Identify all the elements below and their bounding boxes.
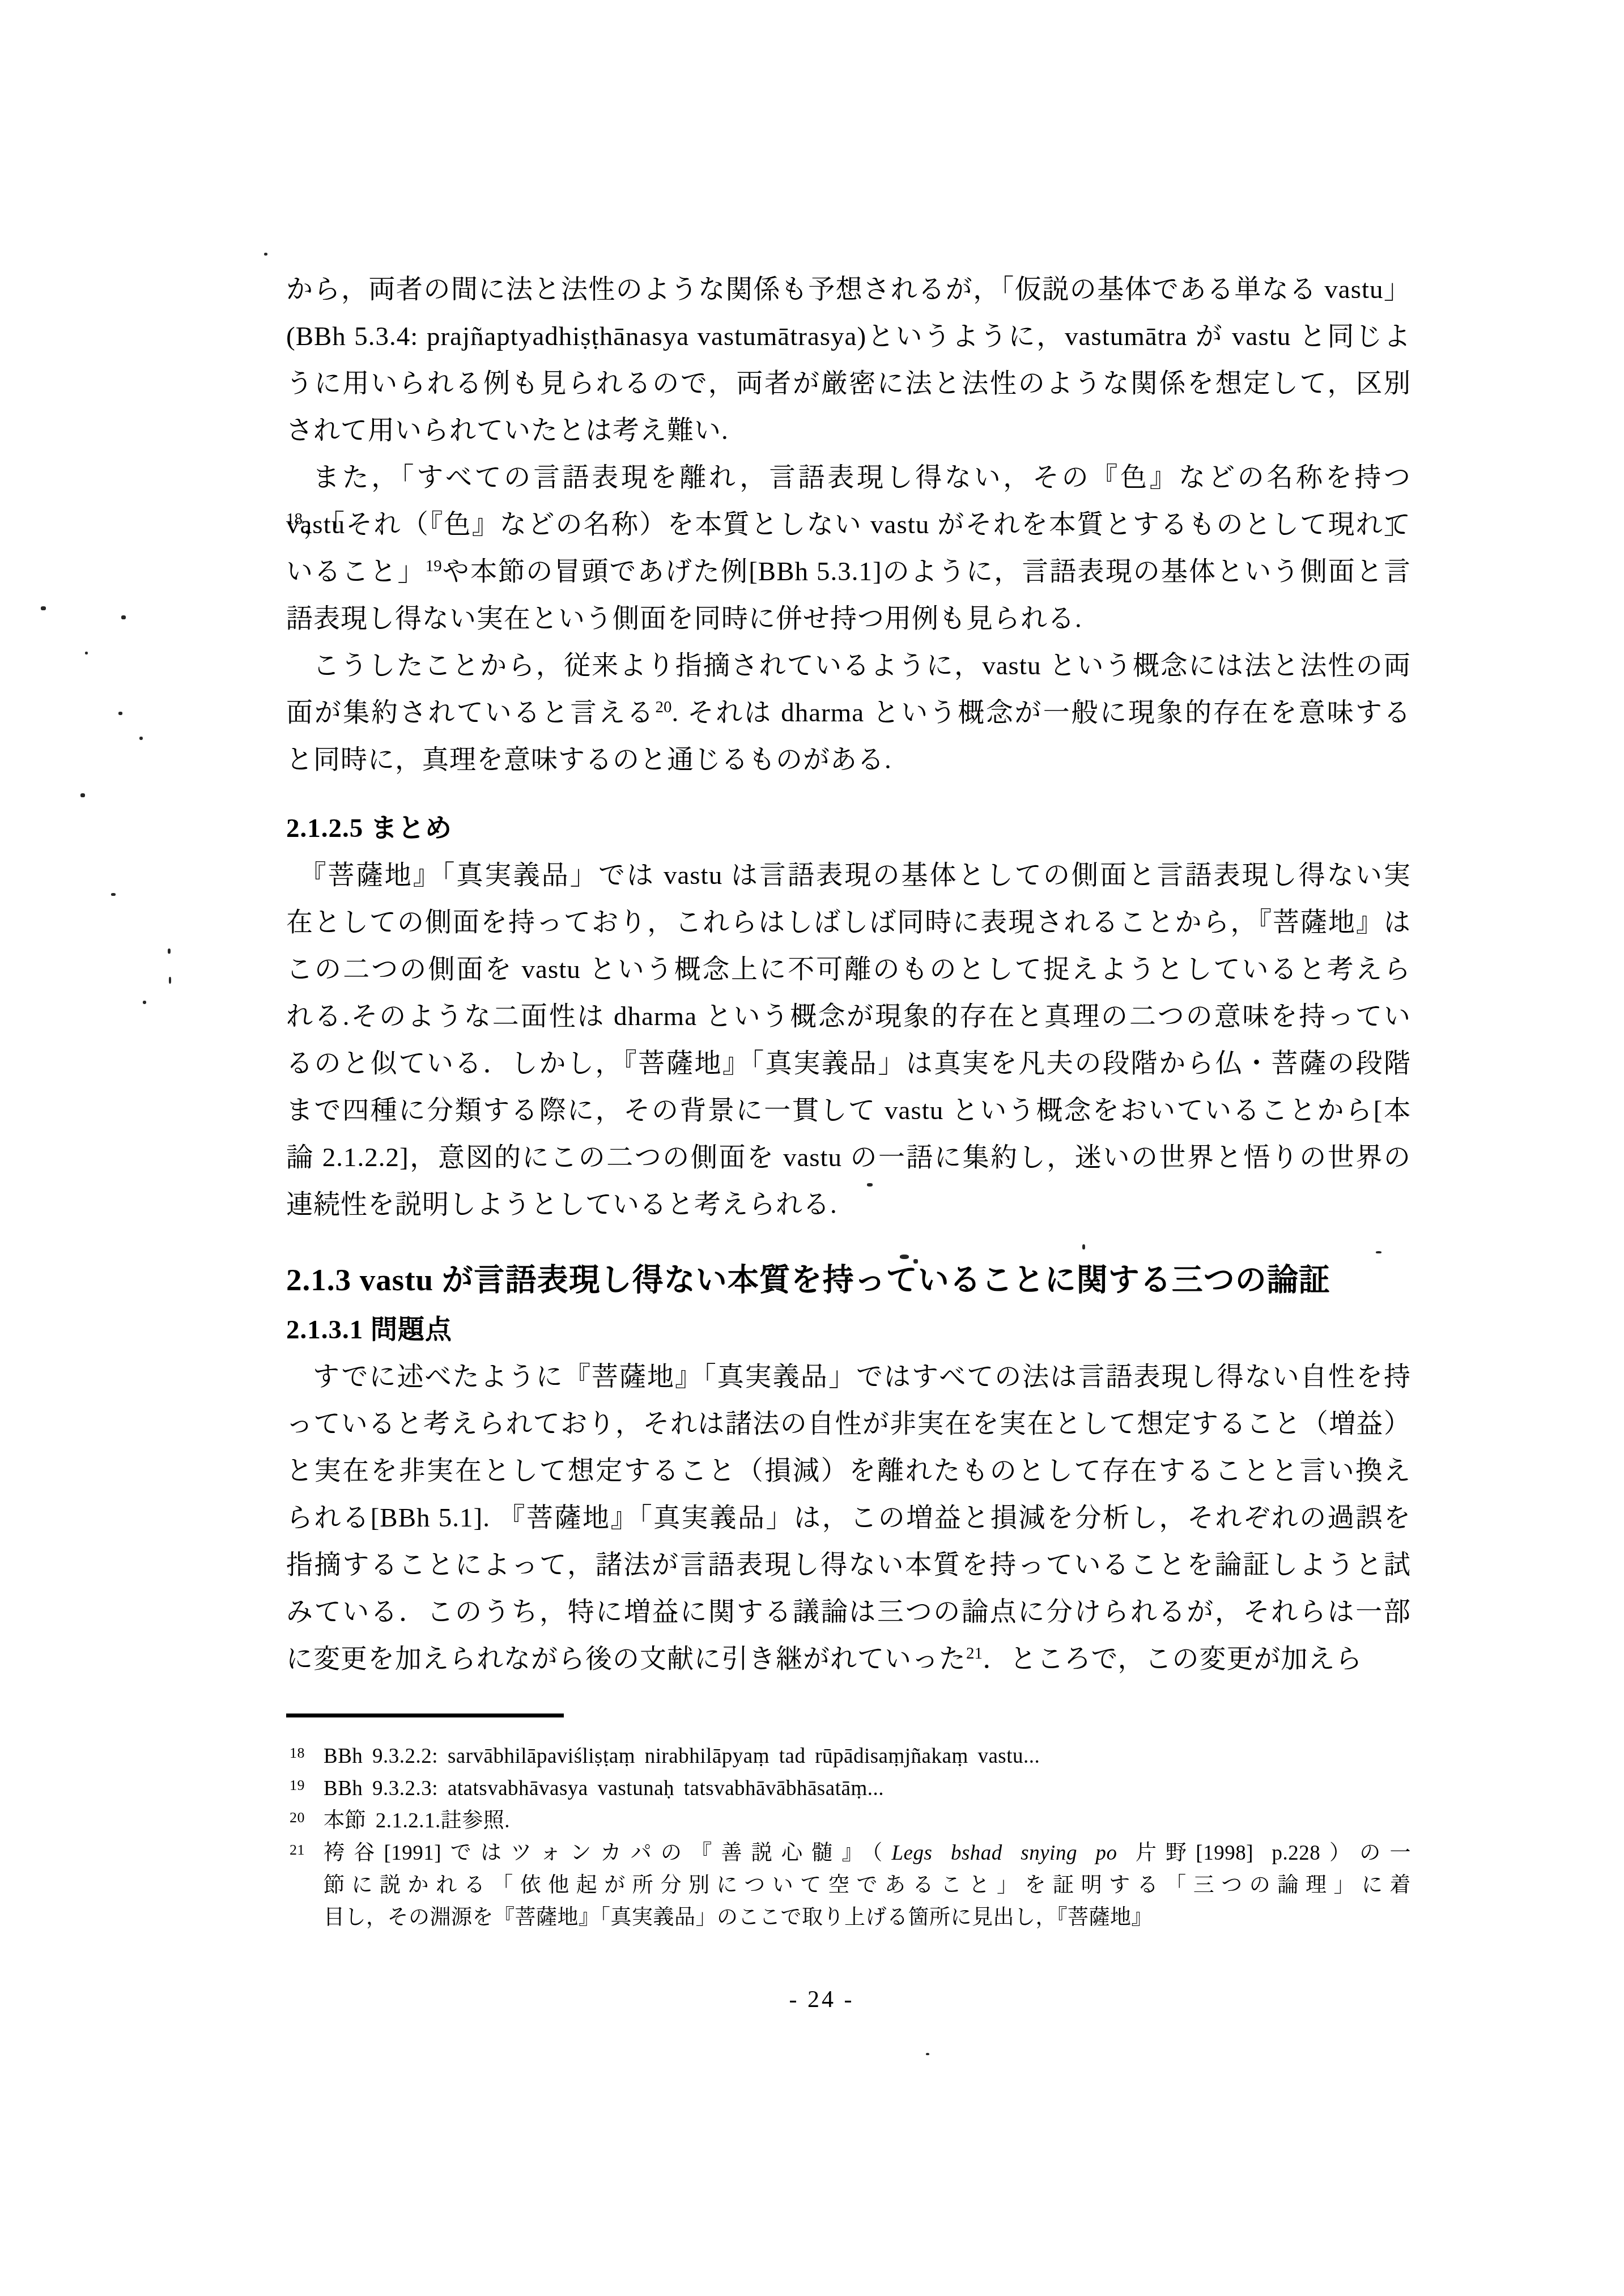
scan-speck [85,652,88,654]
text-line: に変更を加えられながら後の文献に引き継がれていった21．ところで，この変更が加え… [286,1636,1411,1683]
text-line: 論 2.1.2.2]，意図的にこの二つの側面を vastu の一語に集約し，迷い… [286,1134,1411,1181]
text-run: 連続性を説明しようとしていると考えられる. [286,1190,837,1219]
footnote-ref: 18 [286,510,303,528]
text-line: すでに述べたように『菩薩地』「真実義品」ではすべての法は言語表現し得ない自性を持 [286,1354,1411,1401]
text-run: うに用いられる例も見られるので，両者が厳密に法と法性のような関係を想定して，区別 [286,369,1411,398]
text-line: 18，「それ（『色』などの名称）を本質としない vastu がそれを本質とするも… [286,501,1411,549]
text-run: BBh 9.3.2.2: sarvābhilāpaviśliṣṭaṃ nirab… [324,1745,1040,1768]
text-line: いること」19や本節の冒頭であげた例[BBh 5.3.1]のように，言語表現の基… [286,549,1411,596]
footnote-ref: 21 [966,1644,983,1663]
text-run: BBh 9.3.2.3: atatsvabhāvasya vastunaḥ ta… [324,1777,884,1800]
text-run: 袴谷[1991]ではツォンカパの『善説心髄』（ [324,1842,892,1865]
text-line: られる[BBh 5.1]. 『菩薩地』「真実義品」は，この増益と損減を分析し，そ… [286,1495,1411,1542]
text-run: 節に説かれる「依他起が所分別について空であること」を証明する「三つの論理」に着 [324,1874,1411,1897]
footnote-line: 目し，その淵源を『菩薩地』「真実義品」のここで取り上げる箇所に見出し，『菩薩地』 [324,1902,1411,1934]
section-heading-matome: 2.1.2.5 まとめ [286,805,1411,852]
text-line: この二つの側面を vastu という概念上に不可離のものとして捉えようとしている… [286,946,1411,993]
text-line: っていると考えられており，それは諸法の自性が非実在を実在として想定すること（増益… [286,1401,1411,1448]
footnote-line: BBh 9.3.2.2: sarvābhilāpaviśliṣṭaṃ nirab… [324,1740,1411,1772]
text-run: るのと似ている．しかし，『菩薩地』「真実義品」は真実を凡夫の段階から仏・菩薩の段… [286,1049,1411,1078]
scan-speck [121,615,126,619]
text-run: こうしたことから，従来より指摘されているように，vastu という概念には法と法… [313,651,1411,681]
footnote-number: 18 [290,1737,305,1769]
text-run: この二つの側面を vastu という概念上に不可離のものとして捉えようとしている… [286,955,1411,984]
text-run: 目し，その淵源を『菩薩地』「真実義品」のここで取り上げる箇所に見出し，『菩薩地』 [324,1906,1153,1929]
text-line: れる.そのような二面性は dharma という概念が現象的存在と真理の二つの意味… [286,993,1411,1040]
text-run: と同時に，真理を意味するのと通じるものがある. [286,745,892,775]
scan-speck [139,737,143,740]
text-line: 連続性を説明しようとしていると考えられる. [286,1181,1411,1228]
footnote-18: 18BBh 9.3.2.2: sarvābhilāpaviśliṣṭaṃ nir… [286,1740,1411,1772]
page-number: - 24 - [286,1986,1357,2013]
text-run: 論 2.1.2.2]，意図的にこの二つの側面を vastu の一語に集約し，迷い… [286,1143,1411,1172]
footnote-number: 20 [290,1801,305,1834]
text-line: 面が集約されていると言える20. それは dharma という概念が一般に現象的… [286,690,1411,737]
text-run: (BBh 5.3.4: prajñaptyadhiṣṭhānasya vastu… [286,322,1411,351]
text-line: うに用いられる例も見られるので，両者が厳密に法と法性のような関係を想定して，区別 [286,360,1411,407]
text-run: 在としての側面を持っており，これらはしばしば同時に表現されることから，『菩薩地』… [286,908,1411,937]
text-run: . それは dharma という概念が一般に現象的存在を意味する [671,698,1411,728]
footnote-line: 袴谷[1991]ではツォンカパの『善説心髄』（Legs bshad snying… [324,1837,1411,1869]
text-run: や本節の冒頭であげた例[BBh 5.3.1]のように，言語表現の基体という側面と… [442,557,1411,586]
footnote-19: 19BBh 9.3.2.3: atatsvabhāvasya vastunaḥ … [286,1772,1411,1805]
text-run: されて用いられていたとは考え難い. [286,416,729,445]
footnotes: 18BBh 9.3.2.2: sarvābhilāpaviśliṣṭaṃ nir… [286,1740,1411,1934]
text-line: 在としての側面を持っており，これらはしばしば同時に表現されることから，『菩薩地』… [286,899,1411,946]
scan-speck [1376,1251,1381,1253]
footnote-number: 21 [290,1834,305,1866]
text-line: (BBh 5.3.4: prajñaptyadhiṣṭhānasya vastu… [286,313,1411,360]
text-line: みている．このうち，特に増益に関する議論は三つの論点に分けられるが，それらは一部 [286,1589,1411,1636]
text-run: られる[BBh 5.1]. 『菩薩地』「真実義品」は，この増益と損減を分析し，そ… [286,1503,1411,1533]
text-line: こうしたことから，従来より指摘されているように，vastu という概念には法と法… [286,643,1411,690]
text-run: いること」 [286,557,426,586]
scan-speck [926,2053,929,2055]
paragraph-vastu-hosei: から，両者の間に法と法性のような関係も予想されるが，「仮説の基体である単なる v… [286,266,1411,454]
scan-speck [1082,1244,1085,1249]
footnote-line: 節に説かれる「依他起が所分別について空であること」を証明する「三つの論理」に着 [324,1869,1411,1902]
text-line: また，「すべての言語表現を離れ，言語表現し得ない，その『色』などの名称を持つ v… [286,454,1411,501]
scan-speck [111,893,116,896]
scan-speck [80,793,85,797]
footnote-line: 本節 2.1.2.1.註参照. [324,1805,1411,1837]
paragraph-matome: 『菩薩地』「真実義品」では vastu は言語表現の基体としての側面と言語表現し… [286,852,1411,1228]
text-run: 片野[1998] p.228）の一 [1117,1842,1411,1865]
text-run: 語表現し得ない実在という側面を同時に併せ持つ用例も見られる. [286,604,1082,633]
text-run: 指摘することによって，諸法が言語表現し得ない本質を持っていることを論証しようと試 [286,1550,1411,1580]
text-run: 本節 2.1.2.1.註参照. [324,1809,510,1832]
chapter-heading-213: 2.1.3 vastu が言語表現し得ない本質を持っていることに関する三つの論証 [286,1253,1411,1307]
text-run: みている．このうち，特に増益に関する議論は三つの論点に分けられるが，それらは一部 [286,1597,1411,1627]
paragraph-dharma-ryomen: こうしたことから，従来より指摘されているように，vastu という概念には法と法… [286,643,1411,784]
paragraph-mondaiten: すでに述べたように『菩薩地』「真実義品」ではすべての法は言語表現し得ない自性を持… [286,1354,1411,1683]
scan-speck [168,949,171,954]
footnote-ref: 19 [426,557,442,575]
text-line: から，両者の間に法と法性のような関係も予想されるが，「仮説の基体である単なる v… [286,266,1411,313]
scan-speck [913,1259,918,1264]
scan-speck [169,977,171,984]
footnote-ref: 20 [655,698,671,716]
text-line: 『菩薩地』「真実義品」では vastu は言語表現の基体としての側面と言語表現し… [286,852,1411,899]
scan-speck [900,1255,909,1259]
scan-speck [143,1001,146,1004]
document-body: から，両者の間に法と法性のような関係も予想されるが，「仮説の基体である単なる v… [286,266,1411,1934]
paragraph-gengo-hyogen: また，「すべての言語表現を離れ，言語表現し得ない，その『色』などの名称を持つ v… [286,454,1411,643]
scan-speck [41,606,46,610]
text-run: ，「それ（『色』などの名称）を本質としない vastu がそれを本質とするものと… [303,510,1411,539]
text-run: すでに述べたように『菩薩地』「真実義品」ではすべての法は言語表現し得ない自性を持 [313,1362,1411,1392]
text-line: 指摘することによって，諸法が言語表現し得ない本質を持っていることを論証しようと試 [286,1542,1411,1589]
footnote-20: 20本節 2.1.2.1.註参照. [286,1805,1411,1837]
text-run: と実在を非実在として想定すること（損減）を離れたものとして存在することと言い換え [286,1456,1411,1486]
footnote-number: 19 [290,1769,305,1801]
scan-speck [118,712,122,715]
text-run: から，両者の間に法と法性のような関係も予想されるが，「仮説の基体である単なる v… [286,275,1411,304]
text-run: 『菩薩地』「真実義品」では vastu は言語表現の基体としての側面と言語表現し… [300,861,1412,890]
scan-speck [867,1183,873,1187]
text-line: るのと似ている．しかし，『菩薩地』「真実義品」は真実を凡夫の段階から仏・菩薩の段… [286,1040,1411,1087]
text-line: 語表現し得ない実在という側面を同時に併せ持つ用例も見られる. [286,596,1411,643]
footnote-21: 21袴谷[1991]ではツォンカパの『善説心髄』（Legs bshad snyi… [286,1837,1411,1934]
scanned-document-page: から，両者の間に法と法性のような関係も予想されるが，「仮説の基体である単なる v… [0,0,1624,2296]
text-run: ．ところで，この変更が加えら [983,1644,1363,1674]
italic-text-run: Legs bshad snying po [892,1842,1117,1865]
text-line: まで四種に分類する際に，その背景に一貫して vastu という概念をおいているこ… [286,1087,1411,1134]
text-run: 面が集約されていると言える [286,698,655,728]
text-run: に変更を加えられながら後の文献に引き継がれていった [286,1644,966,1674]
text-run: っていると考えられており，それは諸法の自性が非実在を実在として想定すること（増益… [286,1409,1411,1439]
text-line: と実在を非実在として想定すること（損減）を離れたものとして存在することと言い換え [286,1448,1411,1495]
footnote-line: BBh 9.3.2.3: atatsvabhāvasya vastunaḥ ta… [324,1772,1411,1805]
text-run: まで四種に分類する際に，その背景に一貫して vastu という概念をおいているこ… [286,1096,1411,1125]
text-line: と同時に，真理を意味するのと通じるものがある. [286,737,1411,784]
footnote-rule [286,1714,564,1717]
text-line: されて用いられていたとは考え難い. [286,407,1411,454]
scan-speck [264,253,267,256]
subsection-heading-mondaiten: 2.1.3.1 問題点 [286,1307,1411,1354]
text-run: れる.そのような二面性は dharma という概念が現象的存在と真理の二つの意味… [286,1002,1411,1031]
